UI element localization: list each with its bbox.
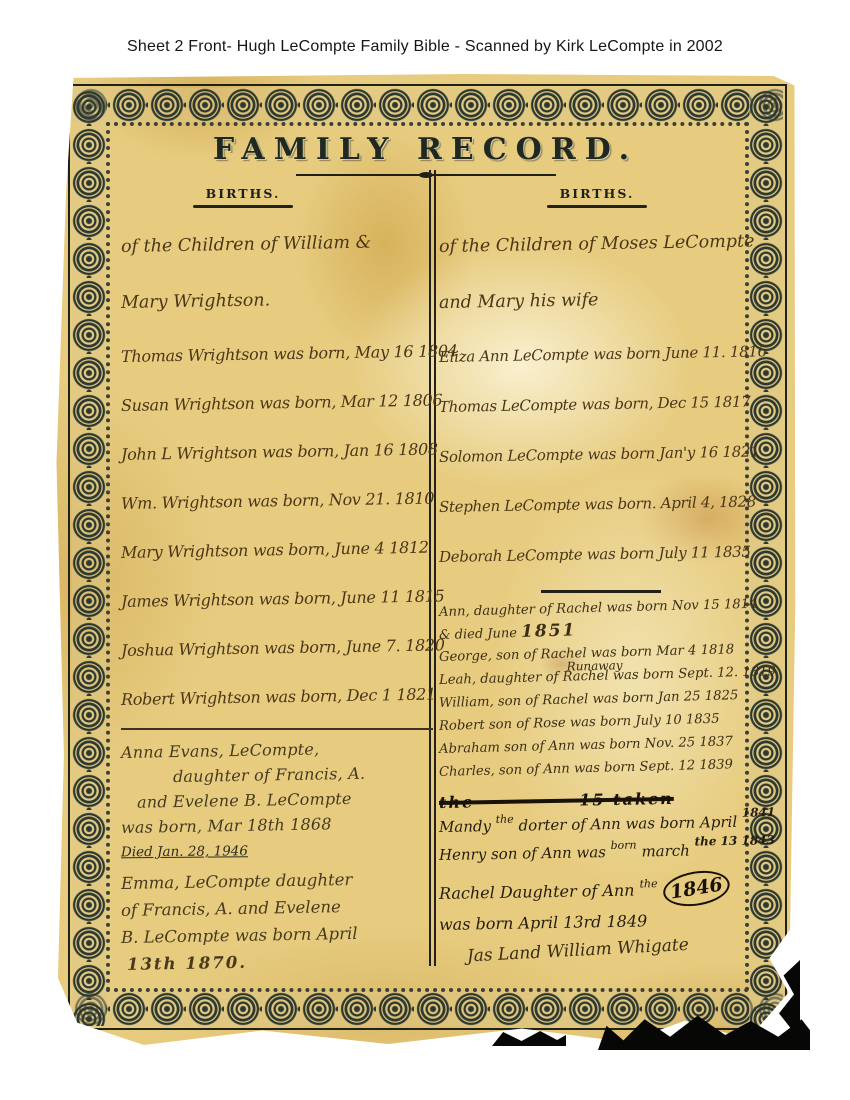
inserted-word: the [495, 807, 513, 833]
border-ornament-bottom [72, 992, 783, 1026]
title-rule [55, 174, 796, 176]
birth-entry: Stephen LeCompte was born. April 4, 1828 [439, 476, 764, 532]
birth-entry: Solomon LeCompte was born Jan'y 16 1821 [439, 426, 764, 482]
entry-line: Mary Wrightson. [120, 269, 433, 332]
birth-entry: Susan Wrightson was born, Mar 12 1806 [121, 376, 434, 430]
birth-entry: Mary Wrightson was born, June 4 1812 [121, 523, 434, 577]
inserted-date: the 13 1843 [694, 827, 775, 854]
section-divider [121, 728, 433, 730]
inserted-year: 1841 [742, 799, 776, 826]
entry-text: march [641, 842, 690, 861]
scan-caption: Sheet 2 Front- Hugh LeCompte Family Bibl… [0, 38, 850, 56]
birth-entry: Rachel Daughter of Ann the 1846 [439, 870, 764, 911]
births-heading-left: BIRTHS. [178, 186, 308, 208]
anna-entry-block: Anna Evans, LeCompte, daughter of Franci… [121, 740, 433, 862]
right-column: of the Children of Moses LeCompte and Ma… [439, 220, 763, 971]
border-ornament-left [72, 88, 106, 1026]
births-heading-right: BIRTHS. [532, 186, 662, 208]
entry-text: Rachel Daughter of Ann [439, 881, 635, 903]
family-record-title: FAMILY RECORD. [55, 132, 796, 167]
entry-line: of the Children of William & [121, 215, 434, 274]
birth-entry: Deborah LeCompte was born July 11 1835 [439, 526, 764, 582]
birth-entry: Henry son of Ann was born march the 13 1… [439, 836, 763, 870]
entry-line: of the Children of Moses LeCompte [439, 214, 764, 274]
border-ornament-top [72, 88, 783, 122]
birth-entry: Joshua Wrightson was born, June 7. 1820 [121, 621, 434, 675]
emma-entry-block: Emma, LeCompte daughter of Francis, A. a… [121, 870, 433, 978]
birth-entry: James Wrightson was born, June 11 1815 [121, 572, 434, 626]
section-divider [541, 590, 661, 593]
entry-line: 13th 1870. [121, 946, 433, 978]
left-column: of the Children of William & Mary Wright… [121, 220, 433, 978]
inserted-word: the [639, 869, 658, 899]
bible-page: FAMILY RECORD. BIRTHS. BIRTHS. of the Ch… [55, 74, 796, 1046]
inserted-word: born [610, 833, 636, 859]
death-note: Died Jan. 28, 1946 [121, 839, 433, 864]
birth-entry: Eliza Ann LeCompte was born June 11. 181… [439, 326, 764, 382]
births-underline-left [193, 205, 293, 208]
runaway-note: Runaway [566, 654, 622, 678]
rachel-entry-block: Ann, daughter of Rachel was born Nov 15 … [439, 601, 763, 784]
entry-text: Henry son of Ann was [439, 843, 606, 864]
entry-text: Mandy [439, 817, 491, 836]
entry-line: and Mary his wife [438, 268, 763, 332]
birth-entry: Thomas Wrightson was born, May 16 1804 [121, 327, 434, 381]
death-note-text: & died June [439, 626, 517, 643]
birth-entry: John L Wrightson was born, Jan 16 1808 [121, 425, 434, 479]
death-note-year: 1851 [521, 620, 577, 641]
entry-line: was born, Mar 18th 1868 [121, 810, 433, 840]
birth-entry: Thomas LeCompte was born, Dec 15 1817 [439, 376, 764, 432]
title-underline [296, 174, 556, 176]
circled-year: 1846 [660, 866, 731, 910]
birth-entry: Wm. Wrightson was born, Nov 21. 1810 [121, 474, 434, 528]
births-underline-right [547, 205, 647, 208]
scanned-document-canvas: Sheet 2 Front- Hugh LeCompte Family Bibl… [0, 0, 850, 1100]
births-label-left: BIRTHS. [206, 186, 281, 201]
births-label-right: BIRTHS. [560, 186, 635, 201]
birth-entry: Robert Wrightson was born, Dec 1 1821 [121, 670, 434, 724]
